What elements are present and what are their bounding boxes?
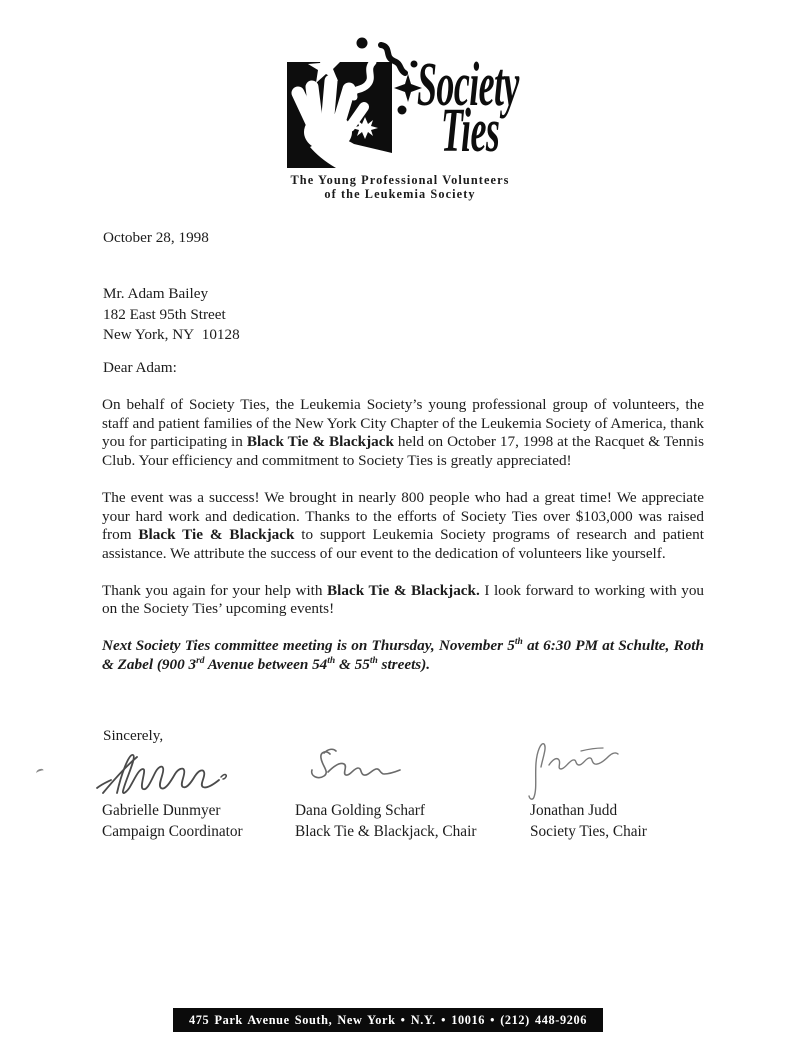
signature-jonathan-judd	[523, 737, 638, 805]
paragraph-segment: th	[370, 656, 378, 666]
signature-gabrielle-dunmyer	[93, 741, 248, 801]
signatory-name: Jonathan Judd	[530, 800, 647, 821]
paragraph: The event was a success! We brought in n…	[102, 489, 704, 564]
logo-title-line2: Ties	[441, 101, 499, 161]
signatory-title: Black Tie & Blackjack, Chair	[295, 821, 476, 842]
salutation: Dear Adam:	[103, 359, 177, 378]
paragraph-segment: Thank you again for your help with	[102, 582, 327, 599]
signatory-name: Gabrielle Dunmyer	[102, 800, 243, 821]
paragraph-segment: Black Tie & Blackjack.	[327, 582, 480, 599]
recipient-street: 182 East 95th Street	[103, 305, 240, 326]
signatory-title: Society Ties, Chair	[530, 821, 647, 842]
society-ties-logo-icon	[280, 35, 430, 175]
paragraph-segment: th	[327, 656, 335, 666]
scanned-letter-page: Society Ties The Young Professional Volu…	[0, 0, 804, 1046]
paragraph-segment: streets).	[378, 656, 430, 673]
logo-tagline-line1: The Young Professional Volunteers	[260, 174, 540, 188]
dot-icon	[357, 38, 368, 49]
paragraph-segment: Next Society Ties committee meeting is o…	[102, 637, 515, 654]
logo-tagline: The Young Professional Volunteers of the…	[260, 174, 540, 202]
paragraph-segment: Black Tie & Blackjack	[247, 433, 394, 450]
paragraph-segment: Avenue between 54	[205, 656, 328, 673]
signatory-block: Dana Golding Scharf Black Tie & Blackjac…	[295, 800, 476, 843]
signature-dana-golding-scharf	[300, 744, 410, 789]
recipient-city: New York, NY 10128	[103, 325, 240, 346]
signatory-block: Jonathan Judd Society Ties, Chair	[530, 800, 647, 843]
scan-speck	[35, 768, 44, 776]
lower-dot-icon	[398, 106, 407, 115]
footer-address-text: 475 Park Avenue South, New York • N.Y. •…	[189, 1013, 587, 1028]
date-line: October 28, 1998	[103, 229, 209, 248]
paragraph-segment: Black Tie & Blackjack	[138, 526, 294, 543]
paragraph: Next Society Ties committee meeting is o…	[102, 637, 704, 674]
paragraph-segment: rd	[196, 656, 204, 666]
paragraph: On behalf of Society Ties, the Leukemia …	[102, 396, 704, 471]
logo-tagline-line2: of the Leukemia Society	[260, 188, 540, 202]
signatory-name: Dana Golding Scharf	[295, 800, 476, 821]
paragraph-segment: th	[515, 637, 523, 647]
footer-address-bar: 475 Park Avenue South, New York • N.Y. •…	[173, 1008, 603, 1032]
recipient-block: Mr. Adam Bailey 182 East 95th Street New…	[103, 284, 240, 346]
letter-body: On behalf of Society Ties, the Leukemia …	[102, 396, 704, 692]
signatory-title: Campaign Coordinator	[102, 821, 243, 842]
recipient-name: Mr. Adam Bailey	[103, 284, 240, 305]
paragraph: Thank you again for your help with Black…	[102, 582, 704, 619]
signatory-block: Gabrielle Dunmyer Campaign Coordinator	[102, 800, 243, 843]
paragraph-segment: & 55	[335, 656, 370, 673]
